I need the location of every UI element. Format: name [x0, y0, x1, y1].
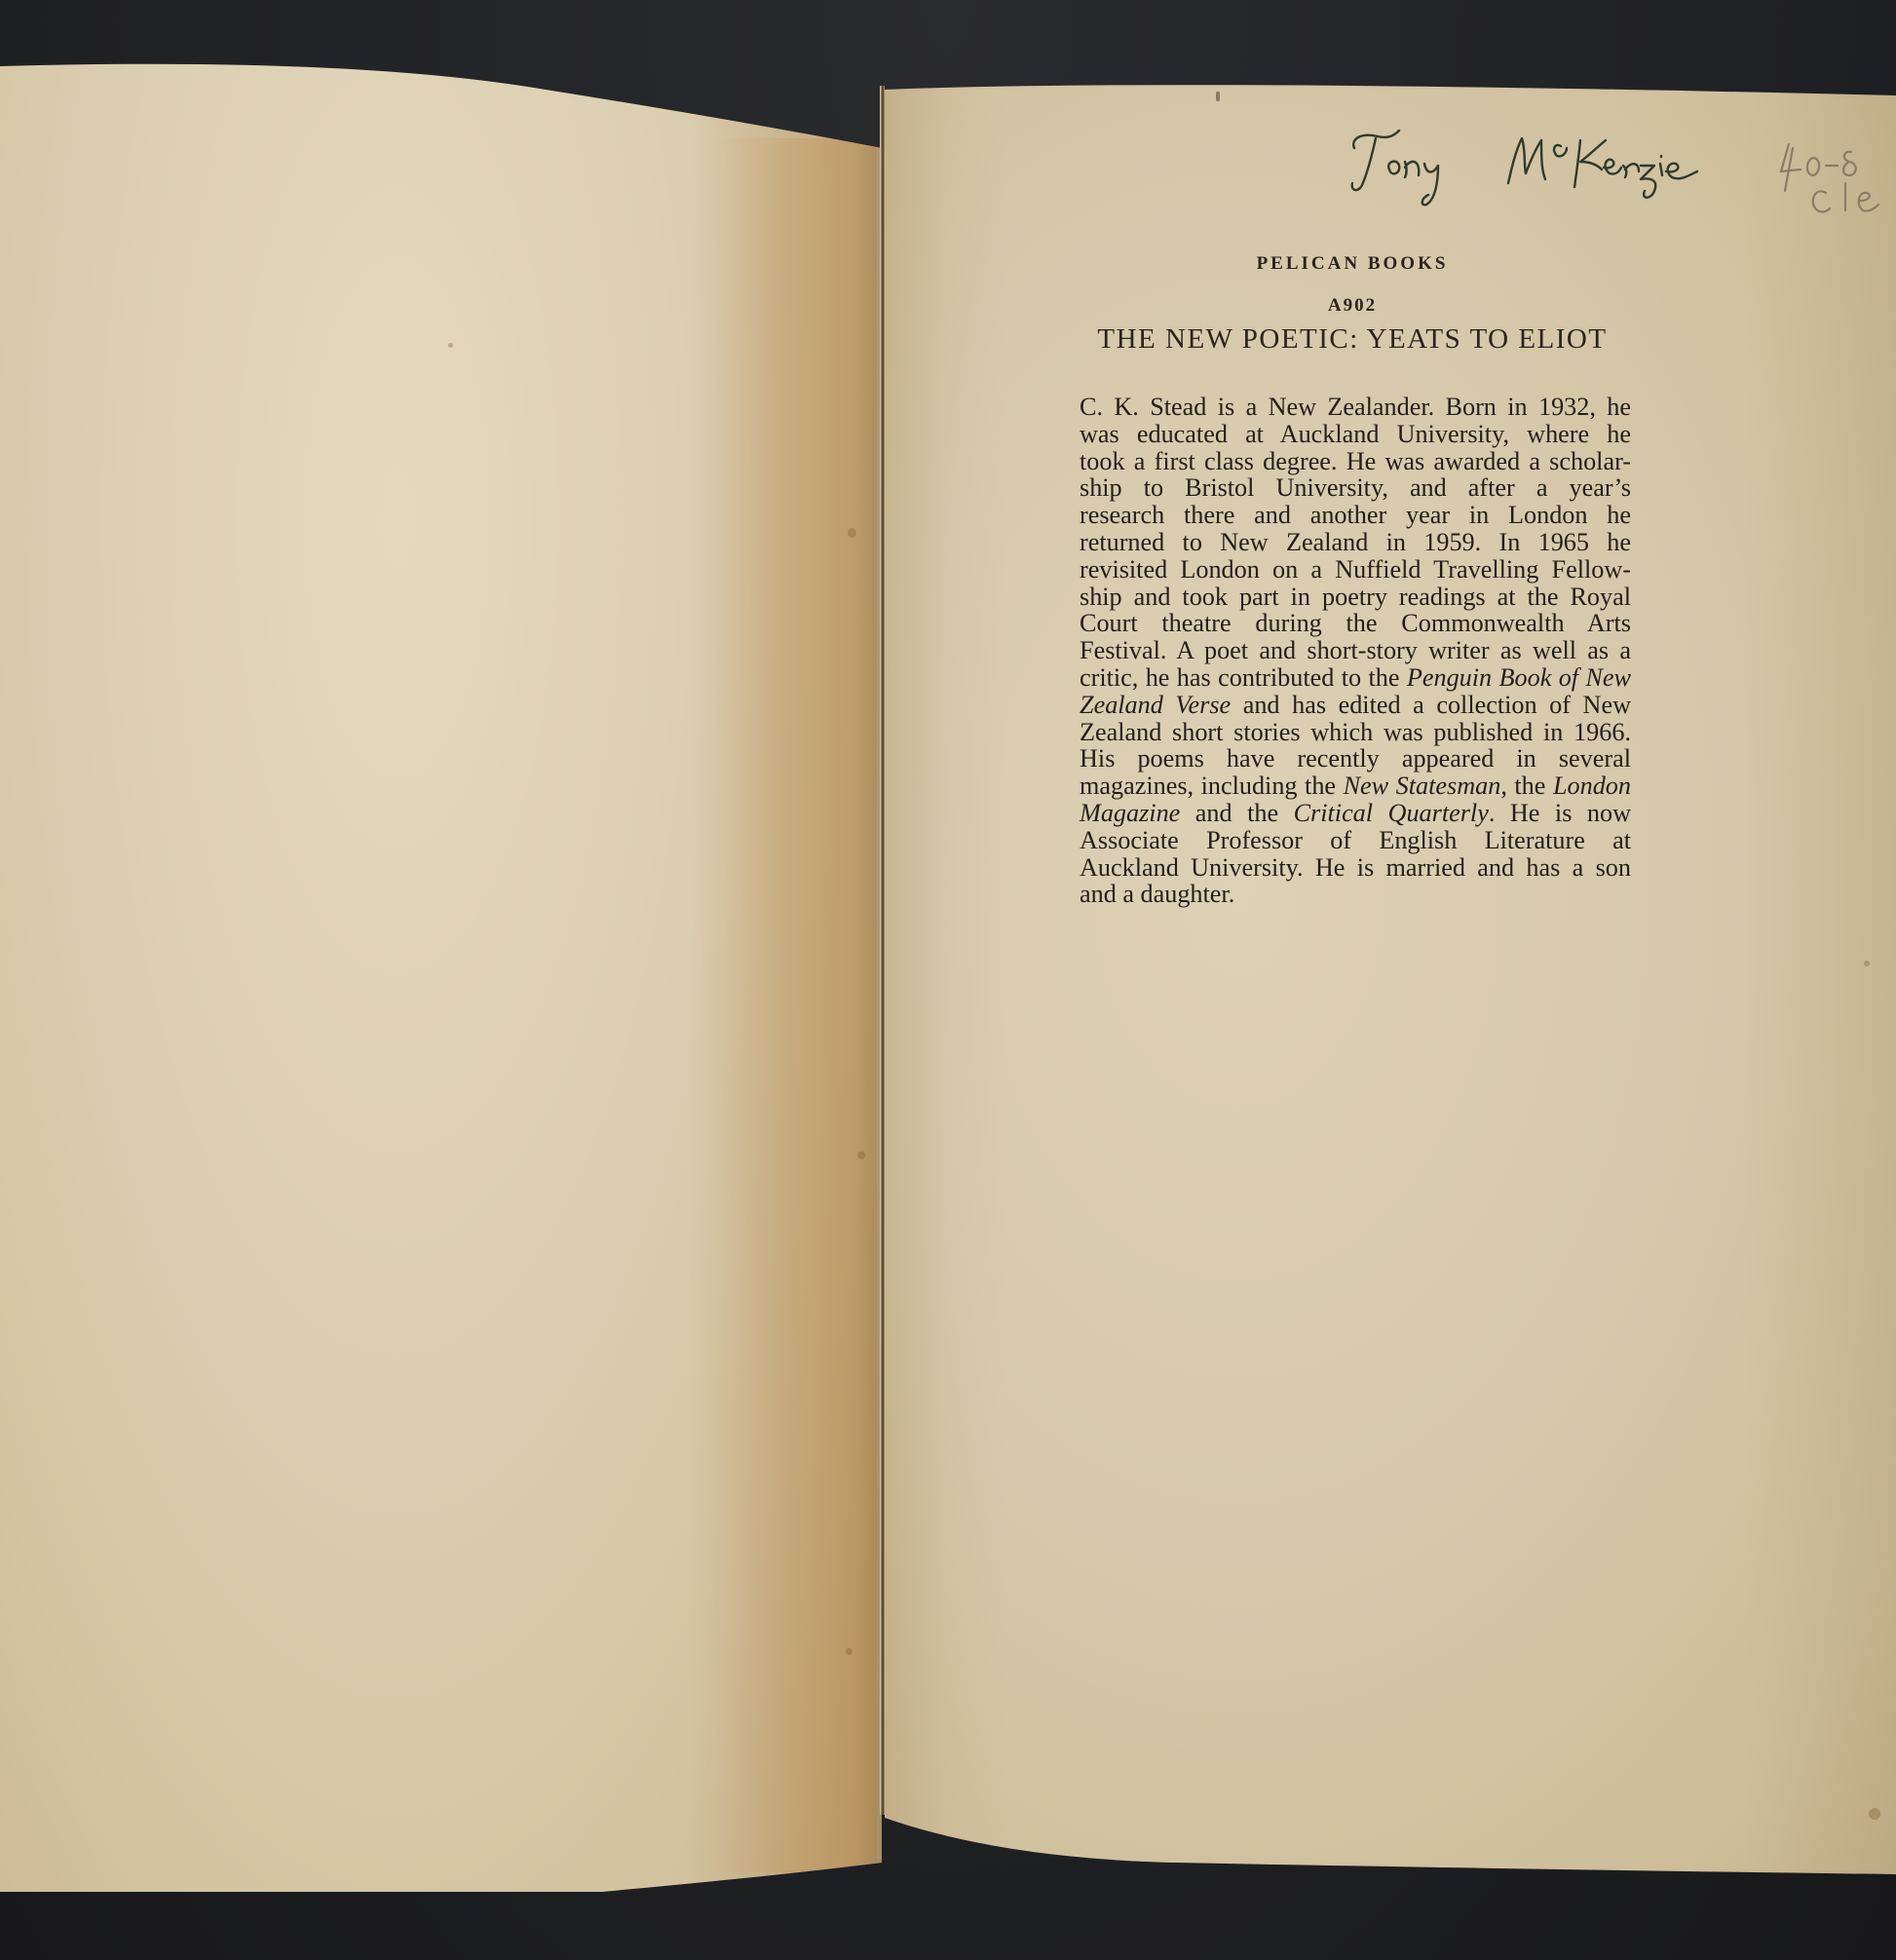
bio-text: magazines, including the: [1080, 772, 1344, 800]
bio-text: took a first class degree. He was awarde…: [1080, 447, 1631, 475]
bio-text: critic, he has contributed to the: [1080, 663, 1407, 692]
bio-line: ship to Bristol University, and after a …: [1080, 474, 1631, 502]
bio-line: Zealand Verse and has edited a collectio…: [1080, 692, 1631, 719]
italic-title: London: [1553, 772, 1631, 800]
italic-title: New Statesman: [1344, 772, 1501, 800]
foxing-speck: [1869, 1808, 1880, 1820]
foxing-speck: [1864, 961, 1870, 966]
bio-line: took a first class degree. He was awarde…: [1080, 448, 1631, 475]
foxing-speck: [848, 528, 856, 538]
book-title: THE NEW POETIC: YEATS TO ELIOT: [1080, 321, 1625, 357]
bio-text: ship to Bristol University, and after a …: [1080, 473, 1631, 502]
bio-text: ship and took part in poetry readings at…: [1080, 583, 1631, 611]
handwritten-signature: [1343, 111, 1771, 218]
bio-line: ship and took part in poetry readings at…: [1080, 584, 1631, 611]
bio-line: and a daughter.: [1080, 881, 1631, 908]
right-page: PELICAN BOOKS A902 THE NEW POETIC: YEATS…: [885, 84, 1896, 1876]
bio-line: research there and another year in Londo…: [1080, 502, 1631, 529]
author-biography: C. K. Stead is a New Zealander. Born in …: [1080, 394, 1631, 908]
bio-text: . He is now: [1489, 799, 1631, 827]
bio-text: was educated at Auckland University, whe…: [1080, 420, 1631, 448]
left-page-blank: [0, 60, 882, 1892]
series-number: A902: [1080, 292, 1625, 320]
bio-text: and has edited a collection of New: [1231, 691, 1631, 719]
bio-text: Court theatre during the Commonwealth Ar…: [1080, 609, 1631, 637]
bio-line: His poems have recently appeared in seve…: [1080, 745, 1631, 773]
bio-line: Festival. A poet and short-story writer …: [1080, 637, 1631, 664]
bio-line: critic, he has contributed to the Pengui…: [1080, 664, 1631, 692]
bio-text: returned to New Zealand in 1959. In 1965…: [1080, 528, 1631, 556]
bio-text: Zealand short stories which was publishe…: [1080, 718, 1631, 746]
bio-line: Zealand short stories which was publishe…: [1080, 719, 1631, 746]
pencil-price-note: [1771, 123, 1896, 220]
gutter-stain: [711, 138, 877, 1872]
book-gutter: [880, 86, 885, 1815]
paper-mark: [1216, 92, 1220, 101]
bio-text: and a daughter.: [1080, 880, 1234, 908]
bio-line: Auckland University. He is married and h…: [1080, 854, 1631, 882]
bio-line: revisited London on a Nuffield Travellin…: [1080, 556, 1631, 584]
foxing-speck: [448, 343, 453, 348]
bio-line: C. K. Stead is a New Zealander. Born in …: [1080, 394, 1631, 421]
bio-text: revisited London on a Nuffield Travellin…: [1080, 555, 1631, 584]
bio-line: was educated at Auckland University, whe…: [1080, 421, 1631, 448]
foxing-speck: [846, 1648, 853, 1655]
bio-text: C. K. Stead is a New Zealander. Born in …: [1080, 393, 1631, 421]
bio-line: returned to New Zealand in 1959. In 1965…: [1080, 529, 1631, 556]
bio-text: Festival. A poet and short-story writer …: [1080, 636, 1631, 664]
bio-text: Associate Professor of English Literatur…: [1080, 826, 1631, 854]
foxing-speck: [857, 1151, 865, 1159]
italic-title: Critical Quarterly: [1294, 799, 1489, 827]
bio-line: magazines, including the New Statesman, …: [1080, 773, 1631, 800]
bio-text: , the: [1500, 772, 1553, 800]
bio-line: Associate Professor of English Literatur…: [1080, 827, 1631, 854]
italic-title: Penguin Book of New: [1407, 663, 1631, 692]
publisher-imprint: PELICAN BOOKS: [1080, 249, 1625, 279]
bio-text: Auckland University. He is married and h…: [1080, 853, 1631, 882]
bio-text: His poems have recently appeared in seve…: [1080, 744, 1631, 773]
italic-title: Zealand Verse: [1080, 691, 1231, 719]
bio-line: Magazine and the Critical Quarterly. He …: [1080, 800, 1631, 827]
bio-text: and the: [1180, 799, 1293, 827]
italic-title: Magazine: [1080, 799, 1180, 827]
bio-line: Court theatre during the Commonwealth Ar…: [1080, 610, 1631, 637]
bio-text: research there and another year in Londo…: [1080, 501, 1631, 529]
title-block: PELICAN BOOKS A902 THE NEW POETIC: YEATS…: [1080, 249, 1625, 357]
